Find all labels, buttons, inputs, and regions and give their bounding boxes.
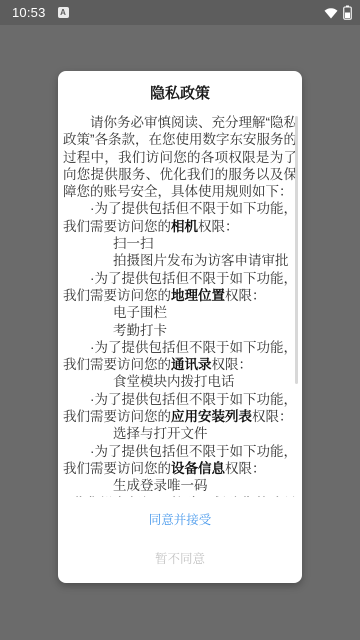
privacy-policy-dialog: 隐私政策 请你务必审慎阅读、充分理解“隐私政策”各条款，在您使用数字东安服务的过… xyxy=(58,71,302,583)
permission-bullet: ·为了提供包括但不限于如下功能，我们需要访问您的通讯录权限： xyxy=(63,339,297,374)
dialog-title: 隐私政策 xyxy=(58,84,302,103)
permission-use-item: 食堂模块内拨打电话 xyxy=(63,373,297,390)
permission-use-item: 拍摄图片发布为访客申请审批 xyxy=(63,252,297,269)
bullet-suffix: 权限： xyxy=(225,288,266,303)
disagree-button[interactable]: 暂不同意 xyxy=(58,551,302,568)
agree-accept-button[interactable]: 同意并接受 xyxy=(58,512,302,529)
status-bar: 10:53 A xyxy=(0,0,360,25)
bullet-suffix: 权限： xyxy=(225,461,266,476)
policy-intro-paragraph: 请你务必审慎阅读、充分理解“隐私政策”各条款，在您使用数字东安服务的过程中，我们… xyxy=(63,114,297,200)
app-letter-badge-icon: A xyxy=(58,7,69,18)
permission-bullet: ·为了提供包括但不限于如下功能，我们需要访问您的设备信息权限： xyxy=(63,443,297,478)
permission-use-item: 生成登录唯一码 xyxy=(63,477,297,494)
permission-use-item: 考勤打卡 xyxy=(63,322,297,339)
permission-use-item: 电子围栏 xyxy=(63,304,297,321)
permission-bullet: ·为了提供包括但不限于如下功能，我们需要访问您的相机权限： xyxy=(63,200,297,235)
permission-use-item: 选择与打开文件 xyxy=(63,425,297,442)
permission-name: 相机 xyxy=(171,219,198,234)
permission-name: 通讯录 xyxy=(171,357,212,372)
permission-bullet: ·为了提供包括但不限于如下功能，我们需要访问您的应用安装列表权限： xyxy=(63,391,297,426)
bullet-suffix: 权限： xyxy=(212,357,253,372)
status-icons xyxy=(324,5,352,20)
bullet-suffix: 权限： xyxy=(252,409,293,424)
scrollbar-thumb[interactable] xyxy=(295,116,298,384)
policy-scroll-area[interactable]: 请你务必审慎阅读、充分理解“隐私政策”各条款，在您使用数字东安服务的过程中，我们… xyxy=(58,114,302,497)
clock-time: 10:53 xyxy=(12,5,46,20)
permission-use-item: 扫一扫 xyxy=(63,235,297,252)
battery-icon xyxy=(343,5,352,20)
permission-name: 设备信息 xyxy=(171,461,225,476)
permission-name: 应用安装列表 xyxy=(171,409,252,424)
policy-clipped-line: 收集设备标识、校验、保障您的账号安全与一致性 xyxy=(63,495,297,497)
permission-bullet: ·为了提供包括但不限于如下功能，我们需要访问您的地理位置权限： xyxy=(63,270,297,305)
permission-name: 地理位置 xyxy=(171,288,225,303)
permissions-list: ·为了提供包括但不限于如下功能，我们需要访问您的相机权限：扫一扫拍摄图片发布为访… xyxy=(63,200,297,494)
bullet-suffix: 权限： xyxy=(198,219,239,234)
wifi-icon xyxy=(324,7,338,19)
